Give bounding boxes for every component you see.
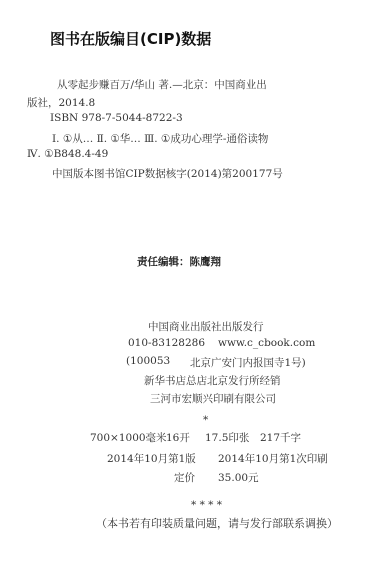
responsible-editor: 责任编辑：陈鹰翔 [137,254,221,269]
cip-title: 图书在版编目(CIP)数据 [50,28,211,49]
cip-record: 中国版本图书馆CIP数据核字(2014)第200177号 [52,166,283,181]
publisher-website: www.c_cbook.com [218,337,315,349]
distributor: 新华书店总店北京发行所经销 [144,373,281,388]
spec-words: 217千字 [260,430,301,445]
publisher-name: 中国商业出版社出版发行 [148,319,264,334]
separator-star: * [203,414,208,426]
separator-stars: * * * * [191,499,222,511]
price-label: 定价 [174,470,195,485]
cip-line-1: 从零起步赚百万/华山 著.—北京：中国商业出 [57,77,267,92]
publisher-postcode: (100053 [126,355,170,367]
spec-format: 16开 [166,430,190,445]
cip-line-2: 版社，2014.8 [27,95,95,110]
spec-size: 700×1000毫米 [90,430,167,445]
spec-sheets: 17.5印张 [205,430,249,445]
cip-isbn: ISBN 978-7-5044-8722-3 [50,112,183,124]
publisher-phone: 010-83128286 [128,337,205,349]
edition-info: 2014年10月第1版 [107,451,196,466]
quality-notice: （本书若有印装质量问题，请与发行部联系调换） [96,515,338,531]
cip-classification: Ⅰ. ①从… Ⅱ. ①华… Ⅲ. ①成功心理学-通俗读物 [52,131,268,146]
price-value: 35.00元 [218,470,259,485]
printer: 三河市宏顺兴印刷有限公司 [150,391,276,406]
cip-classification-2: Ⅳ. ①B848.4-49 [27,148,108,160]
printing-info: 2014年10月第1次印刷 [218,451,328,466]
publisher-address: 北京广安门内报国寺1号) [190,355,306,370]
